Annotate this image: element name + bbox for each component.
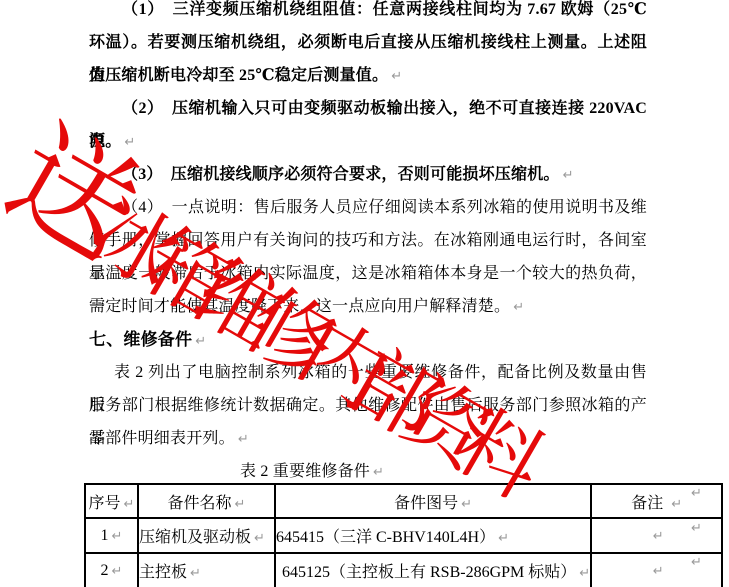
row-1-name-cell: 压缩机及驱动板↵ [138, 518, 275, 553]
row-1-no-cell: 1↵ [85, 518, 138, 553]
paragraph-1-line-3-text: 为压缩机断电冷却至 25℃稳定后测量值。 [89, 67, 388, 84]
cell-mark-icon: ↵ [254, 531, 265, 546]
paragraph-mark-icon: ↵ [124, 135, 135, 150]
table-title-text: 表 2 重要维修备件 [240, 463, 370, 480]
header-remark-text: 备注 [631, 495, 663, 512]
header-cell-remark: 备注↵ [591, 484, 722, 518]
intro-line-3-text: 零部件明细表开列。 [89, 430, 235, 447]
cell-mark-icon: ↵ [579, 566, 590, 581]
paragraph-4-line-4: 一定时间才能使其温度降下来，这一点应向用户解释清楚。↵ [89, 290, 647, 323]
row-2-drawing-no: 645125（主控板上有 RSB-286GPM 标贴） [282, 564, 576, 581]
header-name-text: 备件名称 [168, 495, 232, 512]
paragraph-mark-icon: ↵ [563, 168, 574, 183]
paragraph-mark-icon: ↵ [238, 432, 249, 447]
row-1-drawing-no: 645415（三洋 C-BHV140L4H） [276, 529, 495, 546]
header-cell-no: 序号↵ [85, 484, 138, 518]
row-end-mark-icon: ↵ [691, 555, 702, 570]
paragraph-2-line-1: （2） 压缩机输入只可由变频驱动板输出接入，绝不可直接连接 220VAC 电 [89, 92, 647, 125]
row-2-no: 2 [101, 562, 109, 579]
cell-mark-icon: ↵ [124, 497, 135, 512]
header-drawing-no-text: 备件图号 [394, 495, 458, 512]
row-1-name: 压缩机及驱动板 [139, 529, 251, 546]
body-text: （1） 三洋变频压缩机绕组阻值：任意两接线柱间均为 7.67 欧姆（25℃ 环温… [89, 0, 647, 488]
paragraph-1-line-3: 为压缩机断电冷却至 25℃稳定后测量值。↵ [89, 59, 647, 92]
header-no-text: 序号 [89, 495, 121, 512]
row-2-remark-cell: ↵ [591, 553, 722, 587]
header-cell-name: 备件名称↵ [138, 484, 275, 518]
row-end-mark-icon: ↵ [691, 521, 702, 536]
intro-line-1: 表 2 列出了电脑控制系列冰箱的一些重要维修备件，配备比例及数量由售后 [89, 356, 647, 389]
cell-mark-icon: ↵ [671, 497, 682, 512]
cell-mark-icon: ↵ [112, 564, 123, 579]
table-row-1: 1↵ 压缩机及驱动板↵ 645415（三洋 C-BHV140L4H）↵ ↵ [85, 518, 722, 553]
header-cell-drawing-no: 备件图号↵ [275, 484, 591, 518]
table-row-2: 2↵ 主控板↵ 645125（主控板上有 RSB-286GPM 标贴）↵ ↵ [85, 553, 722, 587]
table-header-row: 序号↵ 备件名称↵ 备件图号↵ 备注↵ [85, 484, 722, 518]
paragraph-mark-icon: ↵ [373, 465, 384, 480]
paragraph-3-line-1-text: （3） 压缩机接线顺序必须符合要求，否则可能损坏压缩机。 [122, 166, 560, 183]
paragraph-4-line-4-text: 一定时间才能使其温度降下来，这一点应向用户解释清楚。 [89, 298, 510, 315]
spare-parts-table: 序号↵ 备件名称↵ 备件图号↵ 备注↵ 1↵ 压缩机及驱动板↵ 645415（三… [84, 483, 723, 587]
row-2-drawing-no-cell: 645125（主控板上有 RSB-286GPM 标贴）↵ [275, 553, 591, 587]
paragraph-3-line-1: （3） 压缩机接线顺序必须符合要求，否则可能损坏压缩机。↵ [89, 158, 647, 191]
cell-mark-icon: ↵ [498, 531, 509, 546]
intro-line-3: 零部件明细表开列。↵ [89, 422, 647, 455]
row-1-remark-cell: ↵ [591, 518, 722, 553]
row-2-name: 主控板 [139, 564, 187, 581]
intro-line-2: 服务部门根据维修统计数据确定。其他维修配件由售后服务部门参照冰箱的产品 [89, 389, 647, 422]
row-2-name-cell: 主控板↵ [138, 553, 275, 587]
row-1-drawing-no-cell: 645415（三洋 C-BHV140L4H）↵ [275, 518, 591, 553]
cell-mark-icon: ↵ [112, 529, 123, 544]
paragraph-4-line-3: 示温度一般滞后于冰箱内实际温度，这是冰箱箱体本身是一个较大的热负荷，需 [89, 257, 647, 290]
cell-mark-icon: ↵ [190, 566, 201, 581]
paragraph-1-line-1: （1） 三洋变频压缩机绕组阻值：任意两接线柱间均为 7.67 欧姆（25℃ [89, 0, 647, 26]
cell-mark-icon: ↵ [653, 564, 664, 579]
document-page: （1） 三洋变频压缩机绕组阻值：任意两接线柱间均为 7.67 欧姆（25℃ 环温… [0, 0, 729, 587]
row-1-no: 1 [101, 527, 109, 544]
paragraph-4-line-1: （4） 一点说明：售后服务人员应仔细阅读本系列冰箱的使用说明书及维 [89, 191, 647, 224]
paragraph-mark-icon: ↵ [391, 69, 402, 84]
paragraph-mark-icon: ↵ [513, 300, 524, 315]
cell-mark-icon: ↵ [461, 497, 472, 512]
section-heading-text: 七、维修备件 [89, 330, 192, 349]
paragraph-1-line-2: 环温）。若要测压缩机绕组，必须断电后直接从压缩机接线柱上测量。上述阻值 [89, 26, 647, 59]
section-heading: 七、维修备件↵ [89, 323, 647, 356]
paragraph-4-line-2: 修手册，掌握回答用户有关询问的技巧和方法。在冰箱刚通电运行时，各间室显 [89, 224, 647, 257]
row-2-no-cell: 2↵ [85, 553, 138, 587]
cell-mark-icon: ↵ [235, 497, 246, 512]
paragraph-mark-icon: ↵ [195, 334, 206, 349]
cell-mark-icon: ↵ [653, 529, 664, 544]
row-end-mark-icon: ↵ [691, 486, 702, 501]
paragraph-2-line-2-text: 源。 [89, 133, 121, 150]
paragraph-2-line-2: 源。↵ [89, 125, 647, 158]
